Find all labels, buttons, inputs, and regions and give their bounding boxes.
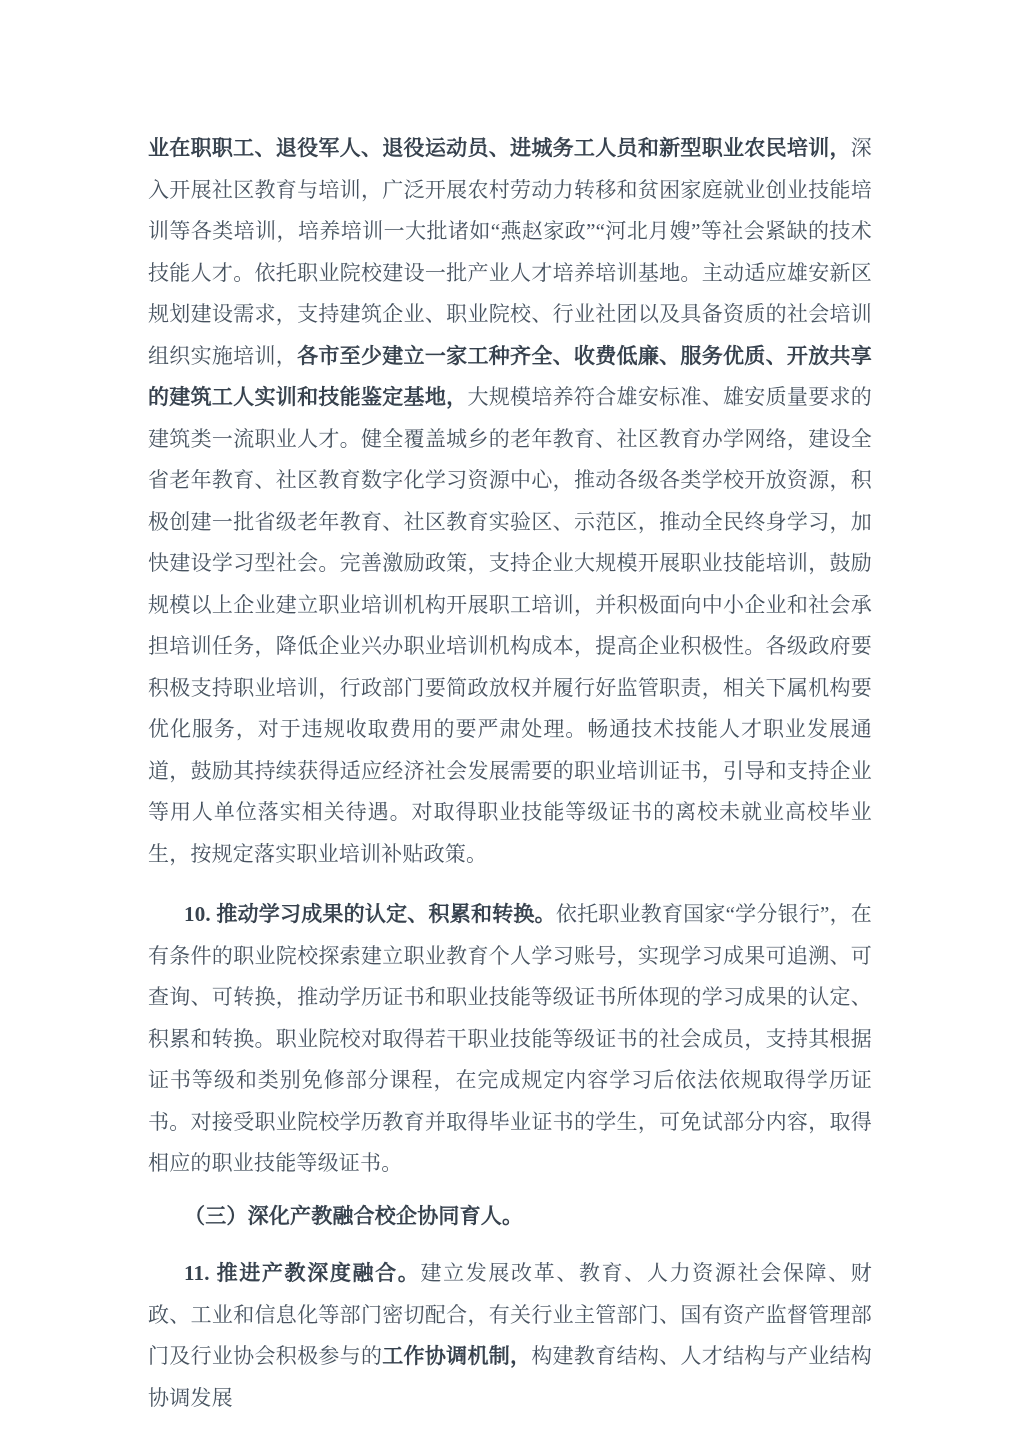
text-run: 深入开展社区教育与培训，广泛开展农村劳动力转移和贫困家庭就业创业技能培训等各类培…: [148, 136, 872, 368]
text-run: 依托职业教育国家“学分银行”，在有条件的职业院校探索建立职业教育个人学习账号，实…: [148, 902, 872, 1175]
paragraph-item-11: 11. 推进产教深度融合。建立发展改革、教育、人力资源社会保障、财政、工业和信息…: [148, 1253, 872, 1419]
item-10-title: 10. 推动学习成果的认定、积累和转换。: [184, 902, 556, 926]
text-run-bold: 业在职职工、退役军人、退役运动员、进城务工人员和新型职业农民培训，: [148, 136, 851, 160]
text-run-bold: 工作协调机制，: [382, 1344, 531, 1368]
section-heading-3: （三）深化产教融合校企协同育人。: [148, 1196, 872, 1238]
paragraph-body-continuation: 业在职职工、退役军人、退役运动员、进城务工人员和新型职业农民培训，深入开展社区教…: [148, 128, 872, 875]
text-run: 大规模培养符合雄安标准、雄安质量要求的建筑类一流职业人才。健全覆盖城乡的老年教育…: [148, 385, 872, 866]
document-page: 业在职职工、退役军人、退役运动员、进城务工人员和新型职业农民培训，深入开展社区教…: [0, 0, 1024, 1448]
paragraph-item-10: 10. 推动学习成果的认定、积累和转换。依托职业教育国家“学分银行”，在有条件的…: [148, 894, 872, 1185]
section-heading-text: （三）深化产教融合校企协同育人。: [184, 1204, 523, 1228]
item-11-title: 11. 推进产教深度融合。: [184, 1261, 420, 1285]
document-text-column: 业在职职工、退役军人、退役运动员、进城务工人员和新型职业农民培训，深入开展社区教…: [148, 128, 872, 1419]
